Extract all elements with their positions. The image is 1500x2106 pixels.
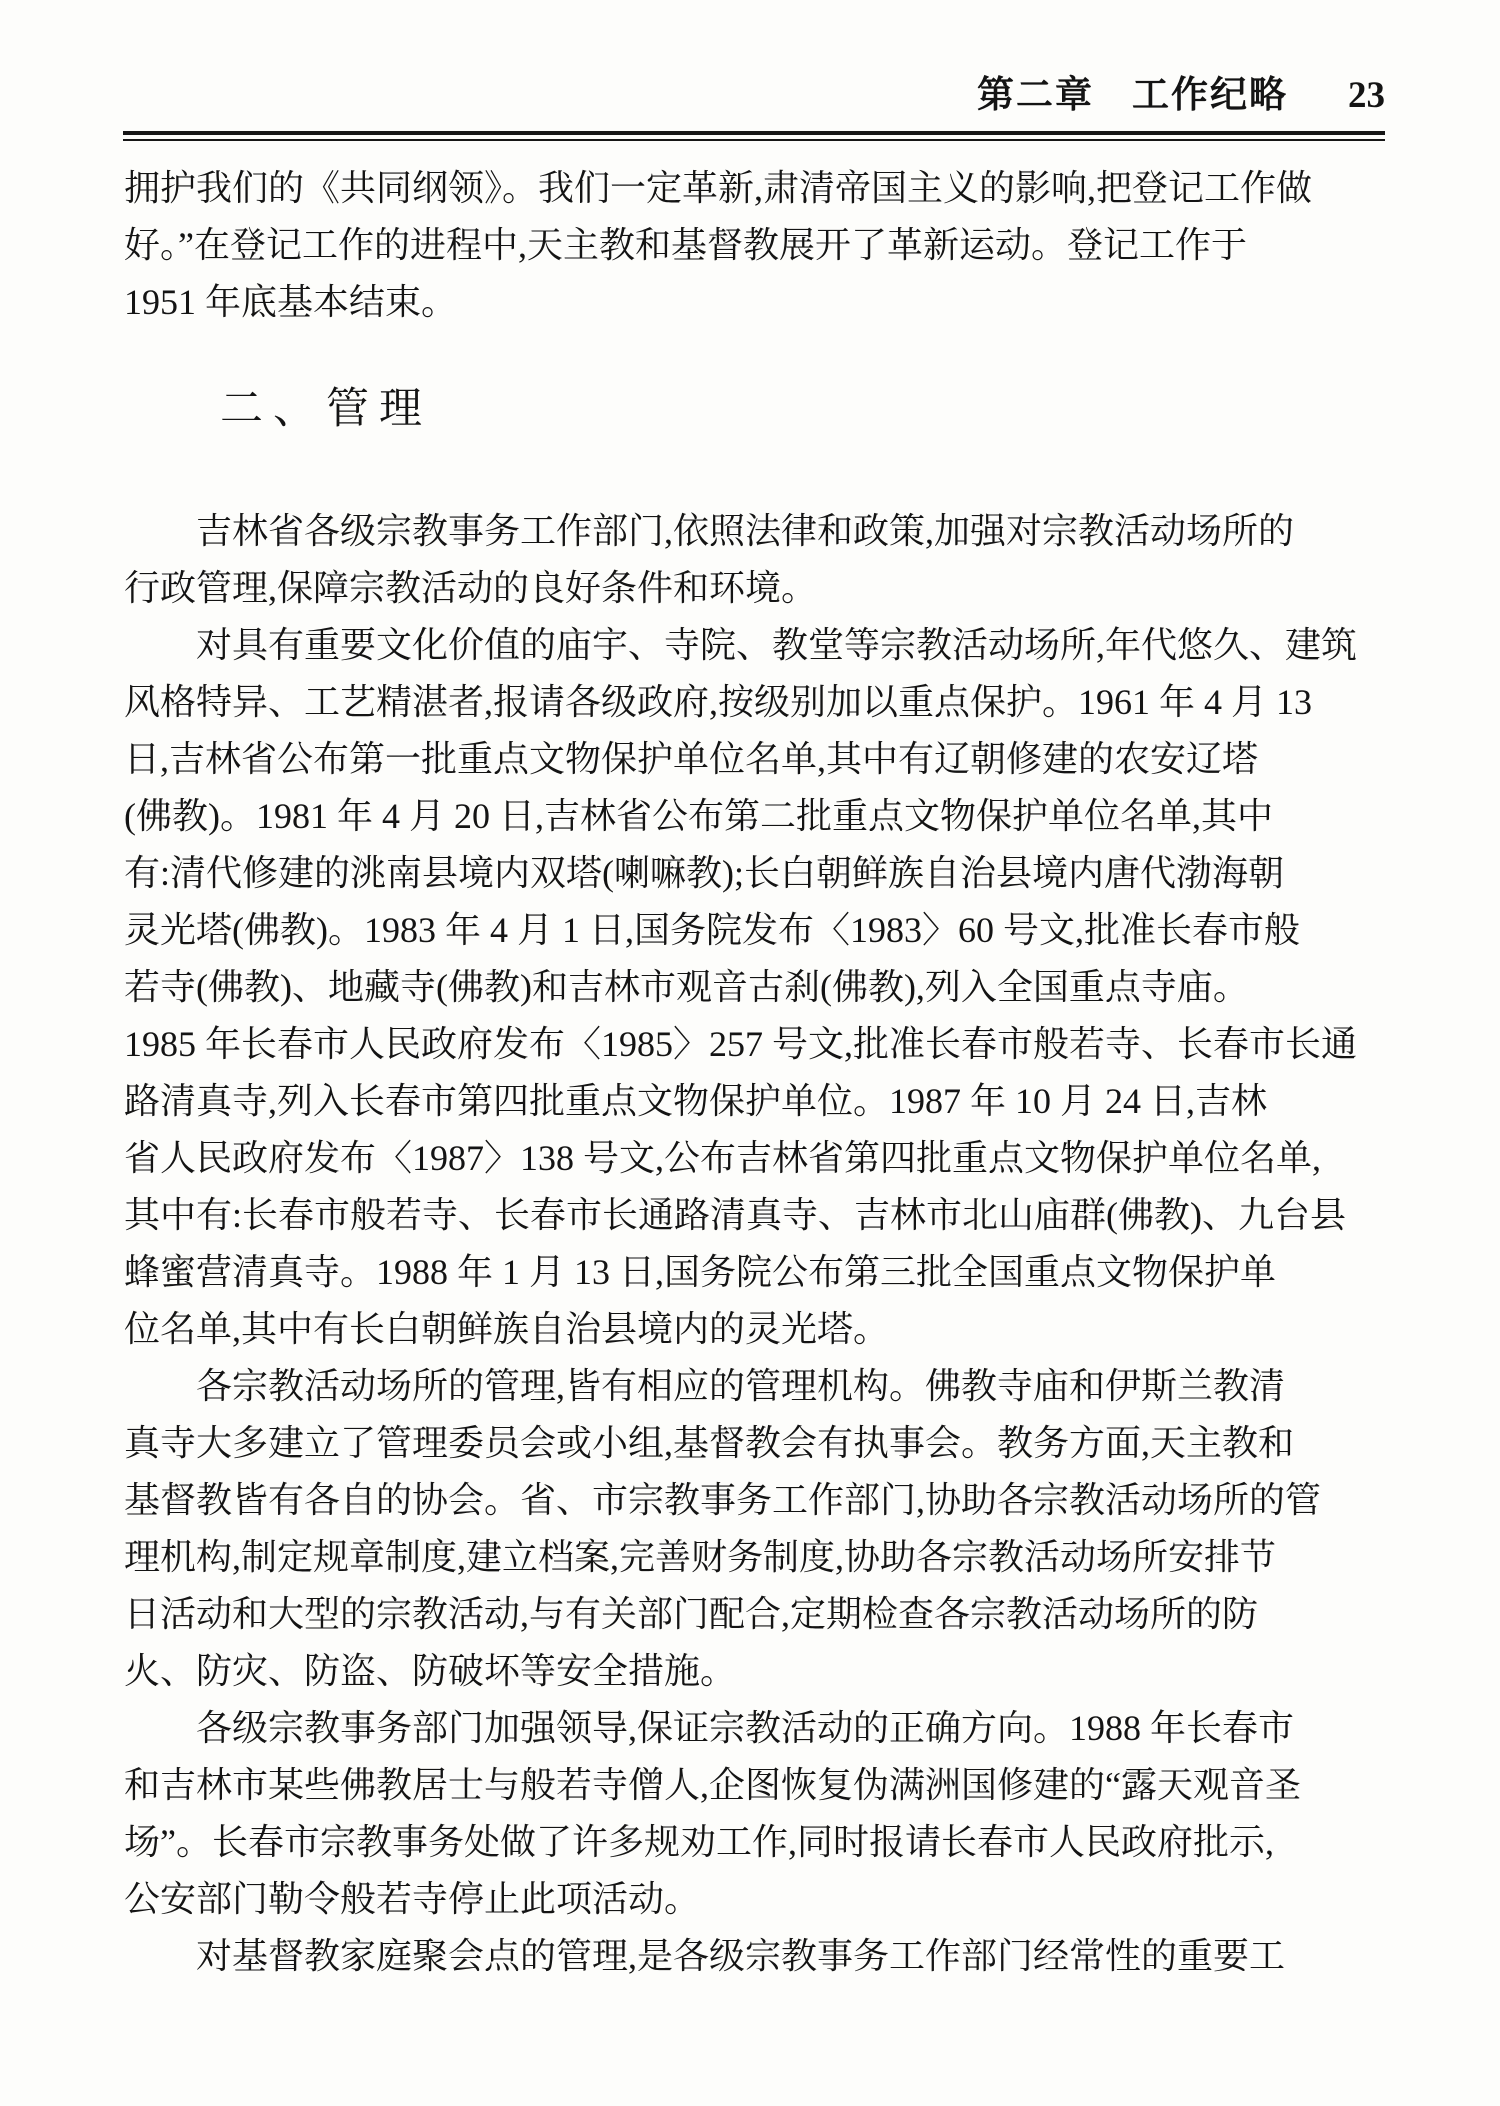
scanned-book-page: 第二章 工作纪略 23 拥护我们的《共同纲领》。我们一定革新,肃清帝国主义的影响… (0, 0, 1500, 2106)
paragraph: 各级宗教事务部门加强领导,保证宗教活动的正确方向。1988 年长春市 和吉林市某… (124, 1700, 1386, 1928)
paragraph: 各宗教活动场所的管理,皆有相应的管理机构。佛教寺庙和伊斯兰教清 真寺大多建立了管… (124, 1358, 1386, 1700)
chapter-title: 第二章 (977, 64, 1094, 118)
paragraph: 对基督教家庭聚会点的管理,是各级宗教事务工作部门经常性的重要工 (124, 1928, 1386, 1985)
section-heading: 二、管理 (124, 381, 1386, 439)
paragraph: 拥护我们的《共同纲领》。我们一定革新,肃清帝国主义的影响,把登记工作做 好。”在… (124, 160, 1386, 331)
section-title: 工作纪略 (1132, 64, 1288, 118)
header-double-rule (123, 131, 1385, 141)
page-number: 23 (1348, 74, 1385, 117)
page-body: 拥护我们的《共同纲领》。我们一定革新,肃清帝国主义的影响,把登记工作做 好。”在… (124, 160, 1386, 1985)
paragraph: 吉林省各级宗教事务工作部门,依照法律和政策,加强对宗教活动场所的 行政管理,保障… (124, 503, 1386, 617)
paragraph: 对具有重要文化价值的庙宇、寺院、教堂等宗教活动场所,年代悠久、建筑 风格特异、工… (124, 617, 1386, 1358)
running-header: 第二章 工作纪略 23 (124, 64, 1385, 118)
